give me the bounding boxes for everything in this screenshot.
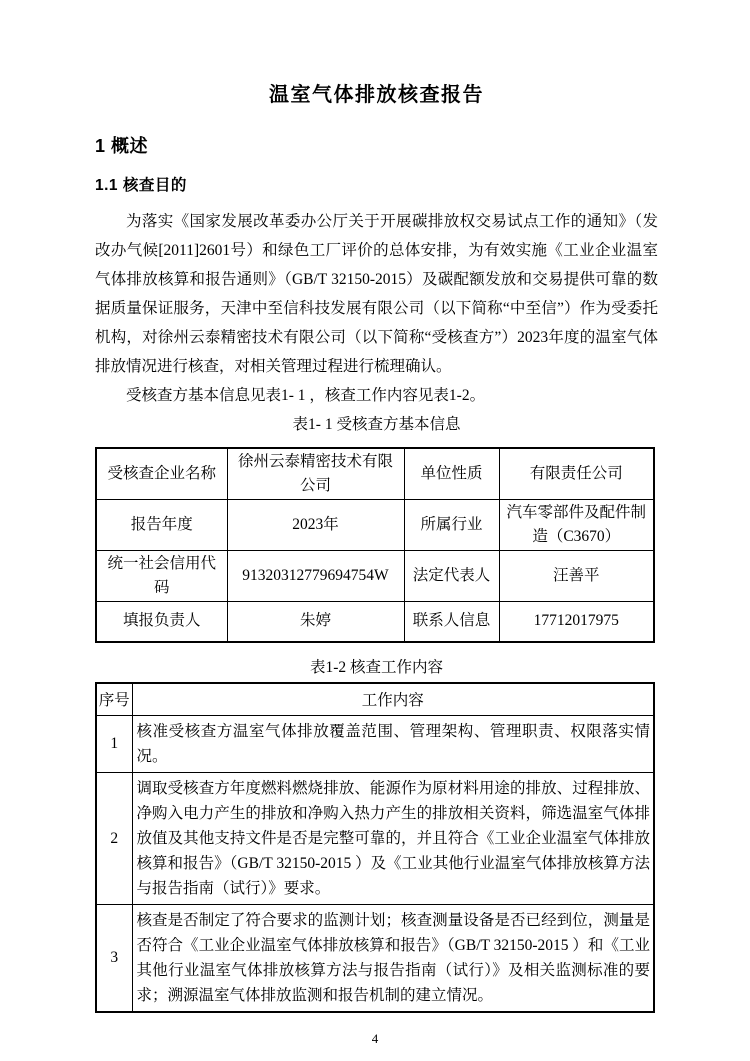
cell-work-content: 调取受核查方年度燃料燃烧排放、能源作为原材料用途的排放、过程排放、净购入电力产生…: [132, 773, 654, 905]
cell-row-number: 2: [96, 773, 132, 905]
table-row: 3 核查是否制定了符合要求的监测计划；核查测量设备是否已经到位，测量是否符合《工…: [96, 905, 654, 1013]
cell-value-unit-nature: 有限责任公司: [499, 448, 654, 500]
cell-row-number: 1: [96, 716, 132, 773]
table1-caption: 表1- 1 受核查方基本信息: [95, 414, 658, 436]
paragraph-table-references: 受核查方基本信息见表1- 1 ，核查工作内容见表1-2。: [95, 381, 658, 410]
cell-label-unit-nature: 单位性质: [404, 448, 499, 500]
table-header-row: 序号 工作内容: [96, 683, 654, 716]
table-row: 1 核准受核查方温室气体排放覆盖范围、管理架构、管理职责、权限落实情况。: [96, 716, 654, 773]
table-work-content: 序号 工作内容 1 核准受核查方温室气体排放覆盖范围、管理架构、管理职责、权限落…: [95, 682, 655, 1014]
header-cell-content: 工作内容: [132, 683, 654, 716]
table-row: 填报负责人 朱婷 联系人信息 17712017975: [96, 602, 654, 642]
cell-label-filler: 填报负责人: [96, 602, 227, 642]
heading-section-1: 1 概述: [95, 132, 658, 158]
cell-label-contact: 联系人信息: [404, 602, 499, 642]
cell-value-industry: 汽车零部件及配件制造（C3670）: [499, 500, 654, 551]
paragraph-verification-purpose: 为落实《国家发展改革委办公厅关于开展碳排放权交易试点工作的通知》（发改办气候[2…: [95, 207, 658, 381]
cell-value-legal-rep: 汪善平: [499, 551, 654, 602]
cell-label-industry: 所属行业: [404, 500, 499, 551]
table2-caption: 表1-2 核查工作内容: [95, 657, 658, 679]
table-row: 2 调取受核查方年度燃料燃烧排放、能源作为原材料用途的排放、过程排放、净购入电力…: [96, 773, 654, 905]
table-basic-info: 受核查企业名称 徐州云泰精密技术有限公司 单位性质 有限责任公司 报告年度 20…: [95, 447, 655, 643]
cell-value-filler: 朱婷: [227, 602, 404, 642]
table-row: 统一社会信用代码 91320312779694754W 法定代表人 汪善平: [96, 551, 654, 602]
cell-value-credit-code: 91320312779694754W: [227, 551, 404, 602]
cell-value-company-name: 徐州云泰精密技术有限公司: [227, 448, 404, 500]
cell-label-company-name: 受核查企业名称: [96, 448, 227, 500]
page-number: 4: [0, 1031, 750, 1047]
heading-section-1-1: 1.1 核查目的: [95, 173, 658, 195]
header-cell-no: 序号: [96, 683, 132, 716]
page-title: 温室气体排放核查报告: [95, 78, 658, 107]
cell-label-credit-code: 统一社会信用代码: [96, 551, 227, 602]
table-row: 报告年度 2023年 所属行业 汽车零部件及配件制造（C3670）: [96, 500, 654, 551]
cell-value-report-year: 2023年: [227, 500, 404, 551]
cell-value-contact: 17712017975: [499, 602, 654, 642]
cell-row-number: 3: [96, 905, 132, 1013]
table-row: 受核查企业名称 徐州云泰精密技术有限公司 单位性质 有限责任公司: [96, 448, 654, 500]
document-page: 温室气体排放核查报告 1 概述 1.1 核查目的 为落实《国家发展改革委办公厅关…: [0, 0, 750, 1061]
cell-work-content: 核查是否制定了符合要求的监测计划；核查测量设备是否已经到位，测量是否符合《工业企…: [132, 905, 654, 1013]
cell-work-content: 核准受核查方温室气体排放覆盖范围、管理架构、管理职责、权限落实情况。: [132, 716, 654, 773]
cell-label-legal-rep: 法定代表人: [404, 551, 499, 602]
cell-label-report-year: 报告年度: [96, 500, 227, 551]
page-content: 温室气体排放核查报告 1 概述 1.1 核查目的 为落实《国家发展改革委办公厅关…: [0, 0, 750, 1013]
